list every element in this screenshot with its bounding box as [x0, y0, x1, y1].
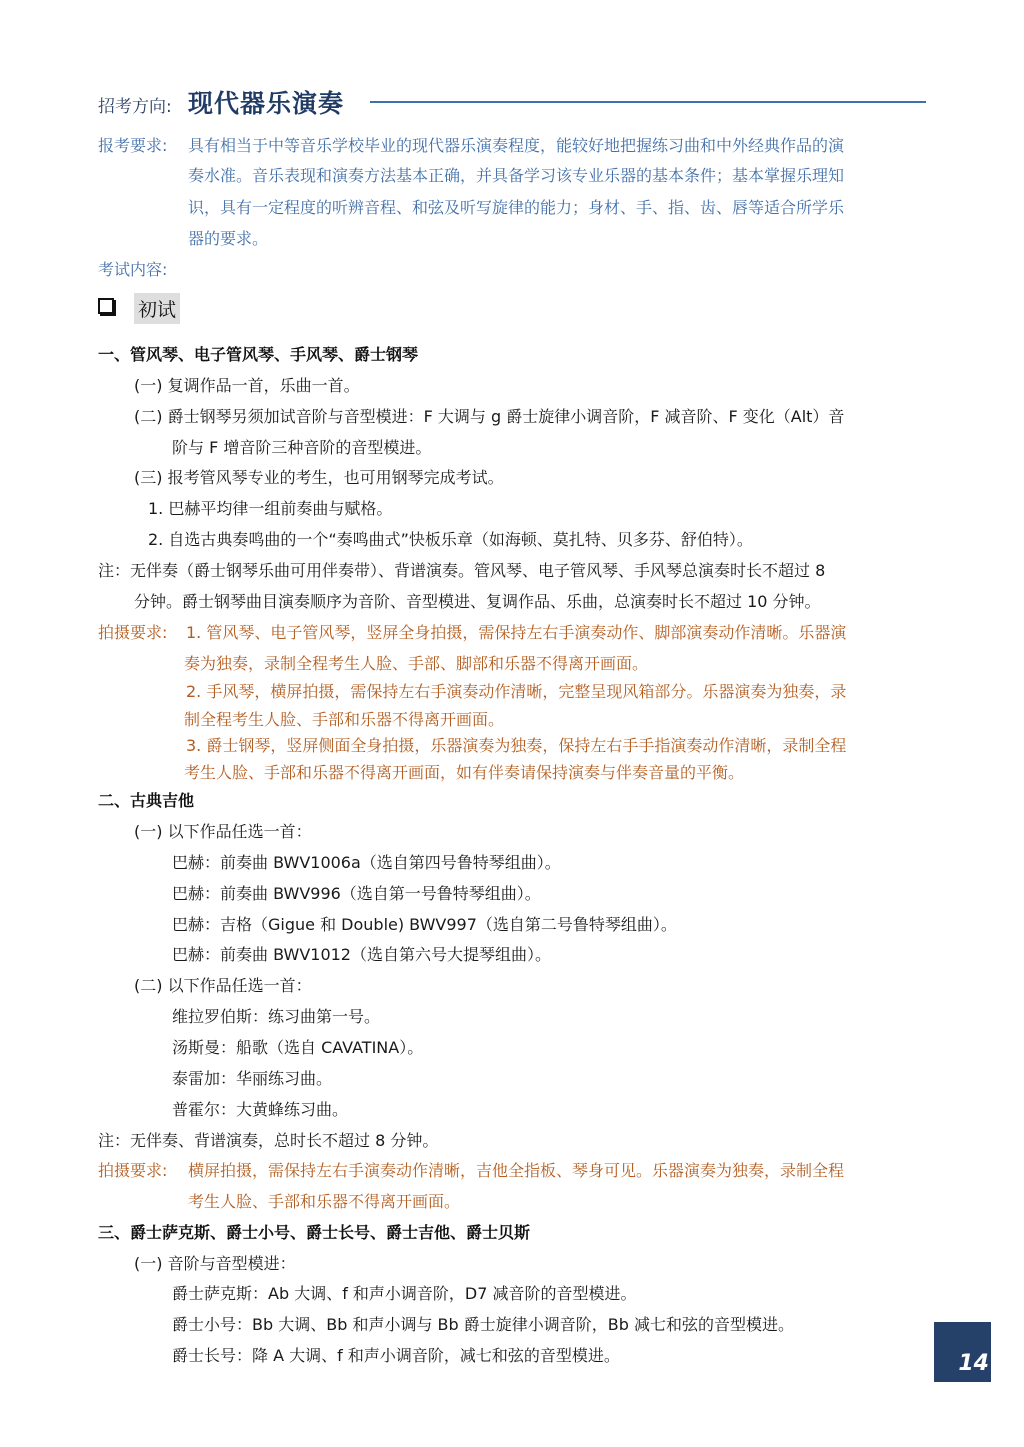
page-title: 现代器乐演奏	[188, 84, 344, 120]
part2-sub: (一) 以下作品任选一首：	[134, 819, 312, 842]
part1-filming-label: 拍摄要求:	[98, 620, 167, 643]
part1-heading: 一、管风琴、电子管风琴、手风琴、爵士钢琴	[98, 342, 418, 365]
requirements-line: 奏水准。音乐表现和演奏方法基本正确，并具备学习该专业乐器的基本条件；基本掌握乐理…	[188, 163, 844, 186]
requirements-line: 具有相当于中等音乐学校毕业的现代器乐演奏程度，能较好地把握练习曲和中外经典作品的…	[188, 133, 844, 156]
part2-sub: (二) 以下作品任选一首：	[134, 973, 312, 996]
part1-filming-line: 2. 手风琴，横屏拍摄，需保持左右手演奏动作清晰，完整呈现风箱部分。乐器演奏为独…	[186, 679, 846, 702]
header-label: 招考方向:	[98, 92, 172, 117]
part2-note: 注：无伴奏、背谱演奏，总时长不超过 8 分钟。	[98, 1128, 438, 1151]
page-number-box: 14	[934, 1322, 991, 1382]
part2-filming-line: 考生人脸、手部和乐器不得离开画面。	[188, 1189, 460, 1212]
part3-item: 爵士长号：降 A 大调、f 和声小调音阶，减七和弦的音型模进。	[172, 1343, 620, 1366]
part2-work: 巴赫：前奏曲 BWV996（选自第一号鲁特琴组曲）。	[172, 881, 541, 904]
part2-filming-line: 横屏拍摄，需保持左右手演奏动作清晰，吉他全指板、琴身可见。乐器演奏为独奏，录制全…	[188, 1158, 844, 1181]
part1-item: (一) 复调作品一首，乐曲一首。	[134, 373, 360, 396]
part1-filming-line: 1. 管风琴、电子管风琴，竖屏全身拍摄，需保持左右手演奏动作、脚部演奏动作清晰。…	[186, 620, 846, 643]
part3-item: 爵士萨克斯：Ab 大调、f 和声小调音阶，D7 减音阶的音型模进。	[172, 1281, 637, 1304]
part3-sub: (一) 音阶与音型模进：	[134, 1251, 296, 1274]
page-number: 14	[958, 1351, 989, 1376]
part1-note: 分钟。爵士钢琴曲目演奏顺序为音阶、音型模进、复调作品、乐曲，总演奏时长不超过 1…	[134, 589, 821, 612]
part3-heading: 三、爵士萨克斯、爵士小号、爵士长号、爵士吉他、爵士贝斯	[98, 1220, 530, 1243]
part2-work: 巴赫：前奏曲 BWV1012（选自第六号大提琴组曲）。	[172, 942, 551, 965]
part2-work: 泰雷加：华丽练习曲。	[172, 1066, 332, 1089]
part2-work: 维拉罗伯斯：练习曲第一号。	[172, 1004, 380, 1027]
part1-item: (三) 报考管风琴专业的考生，也可用钢琴完成考试。	[134, 465, 504, 488]
part1-filming-line: 考生人脸、手部和乐器不得离开画面，如有伴奏请保持演奏与伴奏音量的平衡。	[184, 760, 744, 783]
requirements-label: 报考要求:	[98, 133, 167, 156]
exam-content-label: 考试内容:	[98, 257, 167, 280]
part1-item: 2. 自选古典奏鸣曲的一个“奏鸣曲式”快板乐章（如海顿、莫扎特、贝多芬、舒伯特）…	[148, 527, 753, 550]
part2-work: 巴赫：前奏曲 BWV1006a（选自第四号鲁特琴组曲）。	[172, 850, 561, 873]
part1-item: 阶与 F 增音阶三种音阶的音型模进。	[172, 435, 431, 458]
header-rule	[370, 101, 926, 103]
section-title: 初试	[134, 293, 180, 324]
part1-filming-line: 奏为独奏，录制全程考生人脸、手部、脚部和乐器不得离开画面。	[184, 651, 648, 674]
checkbox-bullet-icon	[98, 298, 114, 314]
part1-item: 1. 巴赫平均律一组前奏曲与赋格。	[148, 496, 392, 519]
part1-note: 注：无伴奏（爵士钢琴乐曲可用伴奏带）、背谱演奏。管风琴、电子管风琴、手风琴总演奏…	[98, 558, 825, 581]
part1-filming-line: 制全程考生人脸、手部和乐器不得离开画面。	[184, 707, 504, 730]
part3-item: 爵士小号：Bb 大调、Bb 和声小调与 Bb 爵士旋律小调音阶，Bb 减七和弦的…	[172, 1312, 794, 1335]
part1-filming-line: 3. 爵士钢琴，竖屏侧面全身拍摄，乐器演奏为独奏，保持左右手手指演奏动作清晰，录…	[186, 733, 846, 756]
requirements-line: 器的要求。	[188, 226, 268, 249]
requirements-line: 识，具有一定程度的听辨音程、和弦及听写旋律的能力；身材、手、指、齿、唇等适合所学…	[188, 195, 844, 218]
part2-work: 汤斯曼：船歌（选自 CAVATINA）。	[172, 1035, 423, 1058]
part2-work: 巴赫：吉格（Gigue 和 Double) BWV997（选自第二号鲁特琴组曲）…	[172, 912, 677, 935]
part1-item: (二) 爵士钢琴另须加试音阶与音型模进：F 大调与 g 爵士旋律小调音阶，F 减…	[134, 404, 844, 427]
part2-heading: 二、古典吉他	[98, 788, 194, 811]
part2-filming-label: 拍摄要求:	[98, 1158, 167, 1181]
part2-work: 普霍尔：大黄蜂练习曲。	[172, 1097, 348, 1120]
